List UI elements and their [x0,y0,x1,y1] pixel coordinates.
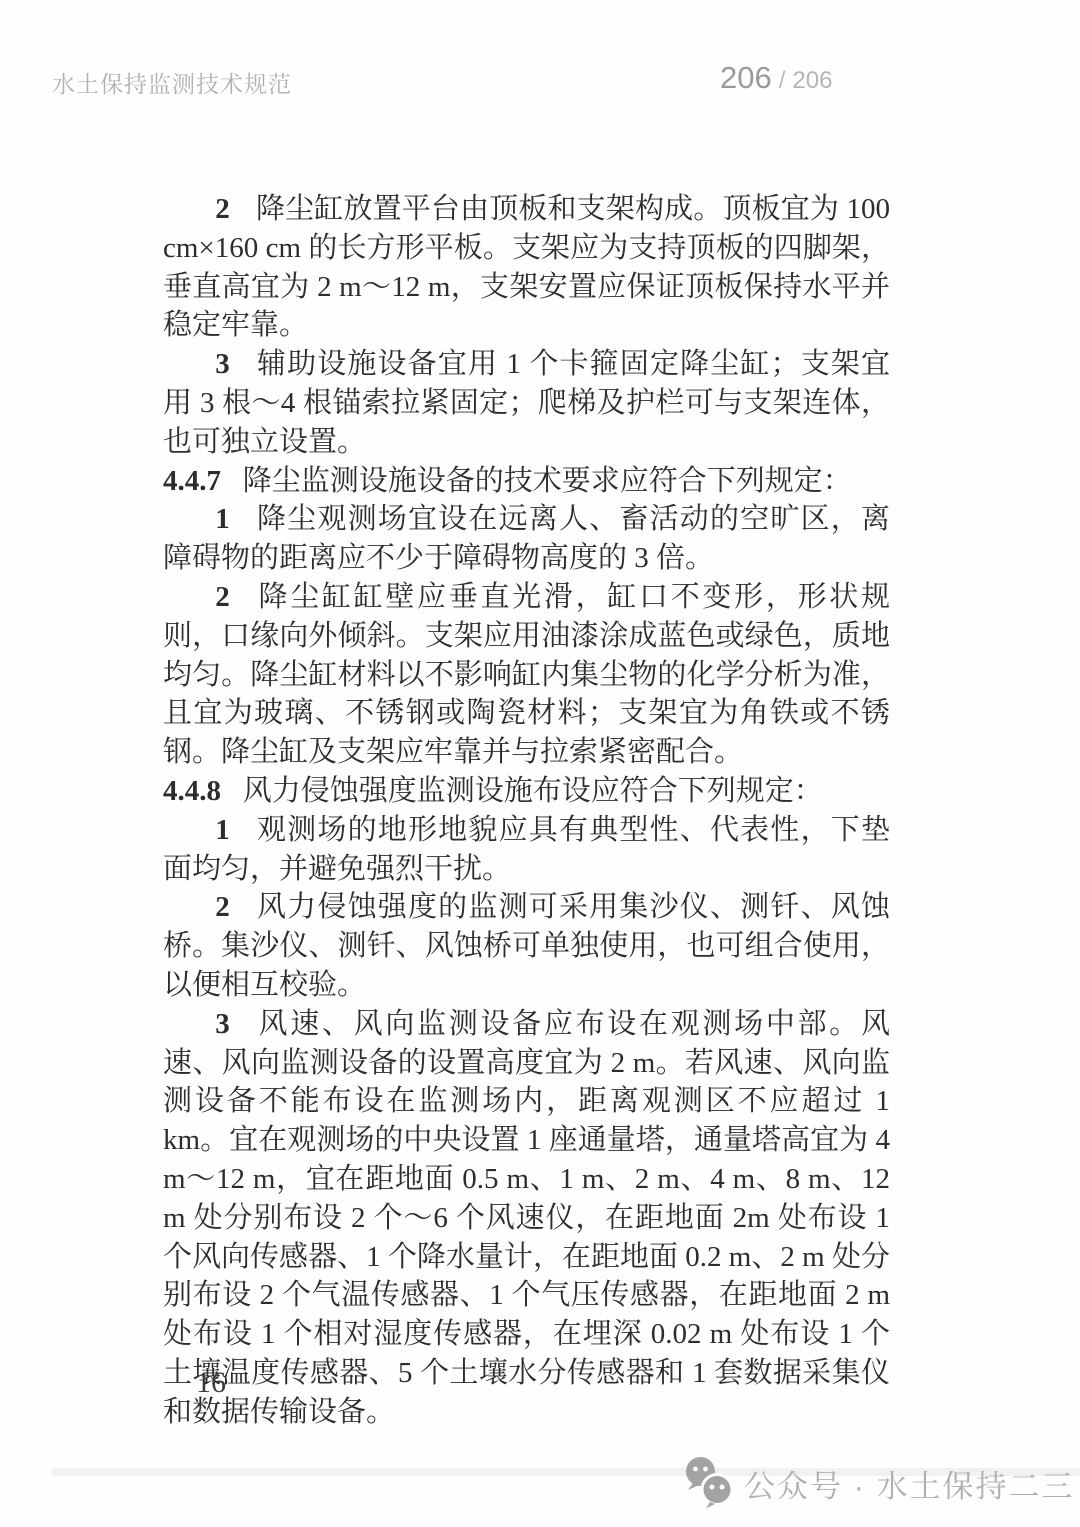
item-number: 1 [215,503,230,535]
section-heading: 4.4.7降尘监测设施设备的技术要求应符合下列规定： [163,462,890,501]
paragraph-item: 2风力侵蚀强度的监测可采用集沙仪、测钎、风蚀桥。集沙仪、测钎、风蚀桥可单独使用，… [163,888,890,1004]
section-text: 风力侵蚀强度监测设施布设应符合下列规定： [243,775,823,807]
item-number: 2 [215,193,230,225]
item-number: 3 [215,348,230,380]
paragraph-text: 观测场的地形地貌应具有典型性、代表性，下垫面均匀，并避免强烈干扰。 [163,814,890,885]
paragraph-item: 3辅助设施设备宜用 1 个卡箍固定降尘缸；支架宜用 3 根～4 根锚索拉紧固定；… [163,345,890,461]
section-number: 4.4.7 [163,465,221,497]
item-number: 2 [215,581,230,613]
paragraph-text: 风速、风向监测设备应布设在观测场中部。风速、风向监测设备的设置高度宜为 2 m。… [163,1008,890,1428]
paragraph-item: 2降尘缸缸壁应垂直光滑，缸口不变形，形状规则，口缘向外倾斜。支架应用油漆涂成蓝色… [163,578,890,772]
item-number: 2 [215,891,230,923]
watermark: 公众号 · 水土保持二三 [684,1456,1075,1510]
item-number: 1 [215,814,230,846]
paragraph-text: 风力侵蚀强度的监测可采用集沙仪、测钎、风蚀桥。集沙仪、测钎、风蚀桥可单独使用，也… [163,891,890,1001]
paragraph-text: 降尘观测场宜设在远离人、畜活动的空旷区，离障碍物的距离应不少于障碍物高度的 3 … [163,503,890,574]
item-number: 3 [215,1008,230,1040]
paragraph-item: 3风速、风向监测设备应布设在观测场中部。风速、风向监测设备的设置高度宜为 2 m… [163,1005,890,1432]
wechat-icon [684,1456,734,1510]
paragraph-text: 辅助设施设备宜用 1 个卡箍固定降尘缸；支架宜用 3 根～4 根锚索拉紧固定；爬… [163,348,890,458]
paragraph-text: 降尘缸缸壁应垂直光滑，缸口不变形，形状规则，口缘向外倾斜。支架应用油漆涂成蓝色或… [163,581,890,768]
document-viewer: { "header": { "doc_title": "水土保持监测技术规范",… [0,0,1080,1527]
section-number: 4.4.8 [163,775,221,807]
watermark-text: 公众号 · 水土保持二三 [744,1461,1075,1506]
paragraph-item: 1降尘观测场宜设在远离人、畜活动的空旷区，离障碍物的距离应不少于障碍物高度的 3… [163,500,890,578]
document-title: 水土保持监测技术规范 [52,66,292,99]
paragraph-item: 1观测场的地形地貌应具有典型性、代表性，下垫面均匀，并避免强烈干扰。 [163,811,890,889]
page-total: 206 [792,67,832,95]
section-text: 降尘监测设施设备的技术要求应符合下列规定： [243,465,852,497]
printed-page-number: 16 [196,1366,226,1400]
page-separator: / [779,67,786,95]
page-indicator: 206 / 206 [720,60,832,96]
document-page: 2降尘缸放置平台由顶板和支架构成。顶板宜为 100 cm×160 cm 的长方形… [163,190,890,1432]
paragraph-item: 2降尘缸放置平台由顶板和支架构成。顶板宜为 100 cm×160 cm 的长方形… [163,190,890,345]
section-heading: 4.4.8风力侵蚀强度监测设施布设应符合下列规定： [163,772,890,811]
paragraph-text: 降尘缸放置平台由顶板和支架构成。顶板宜为 100 cm×160 cm 的长方形平… [163,193,890,341]
page-current: 206 [720,60,772,96]
